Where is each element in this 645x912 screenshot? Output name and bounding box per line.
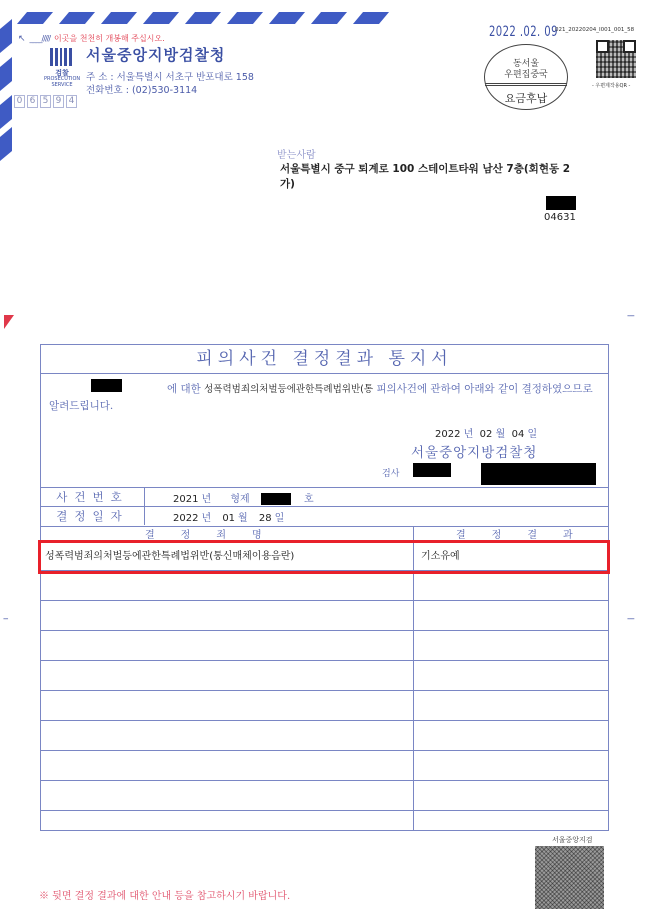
table-row (41, 660, 608, 690)
decision-notice-form: 피의사건 결정결과 통지서 에 대한 성폭력범죄의처벌등에관한특례법위반(통 피… (40, 344, 609, 831)
postage-fee: 요금후납 (485, 90, 567, 106)
qr-caption: - 우편제작용QR - (592, 82, 630, 89)
case-number-row: 사건번호 2021년 형제 호 (41, 487, 608, 506)
logo-caption: 검찰 PROSECUTION SERVICE (44, 70, 80, 88)
fold-mark-right-top: --- (627, 311, 634, 321)
form-title: 피의사건 결정결과 통지서 (41, 345, 608, 374)
case-number-value: 2021년 형제 호 (173, 490, 322, 505)
postal-qr-code-icon (596, 40, 636, 78)
document-code: 021_20220204_I001_001_58 (555, 27, 634, 33)
postmark-stamp: 동서울 우편집중국 요금후납 (484, 44, 568, 110)
fold-mark-right: --- (627, 614, 634, 624)
header-charge: 결정죄명 (145, 526, 288, 541)
recipient-address: 서울특별시 중구 퇴계로 100 스테이트타워 남산 7층(회현동 2가) (280, 162, 580, 192)
sender-phone: 전화번호 : (02)530-3114 (86, 82, 197, 96)
recipient-label: 받는사람 (277, 146, 316, 161)
prosecution-logo-icon (50, 48, 72, 66)
redacted-seal (481, 463, 596, 485)
table-header: 결정죄명 결정결과 (41, 526, 608, 540)
crime-name-truncated: 성폭력범죄의처벌등에관한특례법위반(통 (204, 384, 373, 395)
redacted-prosecutor-name (413, 463, 451, 477)
issue-date: 2022 년 02 월 04 일 (435, 425, 537, 440)
header-result: 결정결과 (456, 526, 599, 541)
table-row (41, 600, 608, 630)
decision-date-label: 결정일자 (41, 507, 145, 525)
table-row (41, 780, 608, 810)
table-row (41, 810, 608, 840)
corner-mark (4, 315, 14, 329)
fold-mark-left: -- (3, 614, 8, 624)
highlight-box (38, 540, 610, 574)
qr-label: 서울중앙지검 (552, 835, 593, 845)
footer-note: ※ 뒷면 결정 결과에 대한 안내 등을 참고하시기 바랍니다. (39, 887, 290, 902)
table-row (41, 630, 608, 660)
sender-name: 서울중앙지방검찰청 (86, 44, 225, 65)
issuing-office: 서울중앙지방검찰청 (411, 441, 537, 461)
arrow-icon: ↖ (18, 34, 26, 44)
table-row (41, 690, 608, 720)
sender-postal-code: 0 6 5 9 4 (14, 95, 77, 108)
airmail-stripes-top (14, 12, 394, 26)
decision-date-row: 결정일자 2022년 01월 28일 (41, 506, 608, 525)
table-row (41, 570, 608, 600)
document-qr-code-icon (535, 846, 604, 909)
decision-date-value: 2022년 01월 28일 (173, 509, 292, 524)
prosecutor-label: 검사 (382, 466, 399, 479)
open-hint-text: 이곳을 천천히 개봉해 주십시오. (54, 33, 165, 44)
sender-address: 주 소 : 서울특별시 서초구 반포대로 158 (86, 69, 254, 83)
open-hint: ↖ ____///// 이곳을 천천히 개봉해 주십시오. (18, 33, 165, 44)
airmail-stripes-left (0, 20, 16, 160)
redacted-case-number (261, 493, 291, 505)
postmark-date: 2022 .02. 09 (489, 24, 558, 40)
table-row (41, 750, 608, 780)
recipient-zip: 04631 (544, 212, 576, 223)
case-number-label: 사건번호 (41, 488, 145, 506)
intro-text: 에 대한 성폭력범죄의처벌등에관한특례법위반(통 피의사건에 관하여 아래와 같… (49, 381, 604, 415)
redacted-recipient-name (546, 196, 576, 210)
table-row (41, 720, 608, 750)
hatch-icon: ____///// (30, 34, 50, 43)
